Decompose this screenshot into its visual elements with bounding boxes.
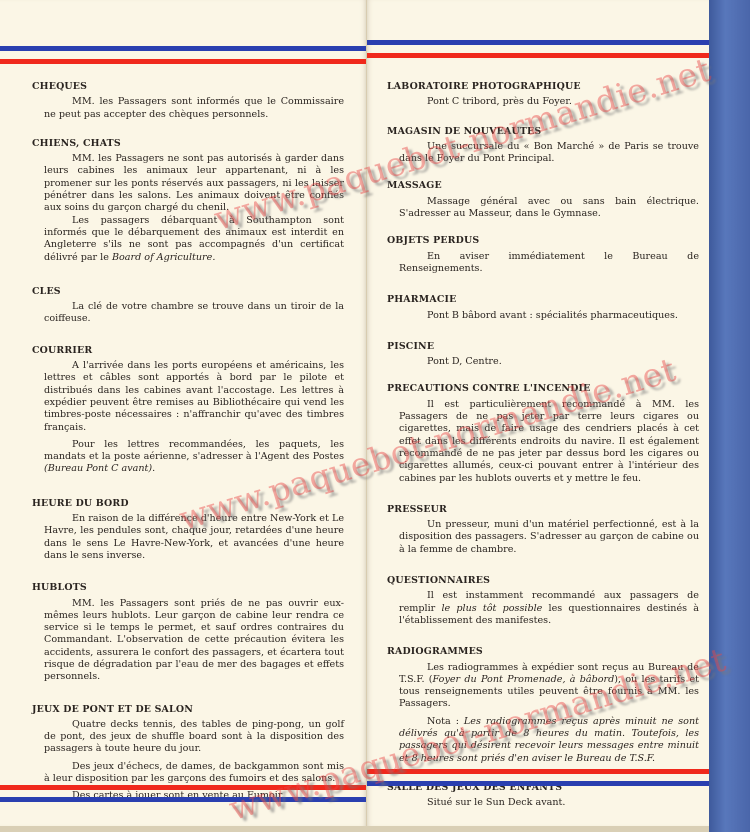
section-precautions-incendie: PRECAUTIONS CONTRE L'INCENDIE Il est par… <box>387 383 699 484</box>
text-run: Pour les lettres recommandées, les paque… <box>44 439 344 462</box>
section-title: PHARMACIE <box>387 294 699 306</box>
section-text: Un presseur, muni d'un matériel perfecti… <box>399 519 699 556</box>
section-text: MM. les Passagers sont priés de ne pas o… <box>44 598 344 684</box>
bottom-red-stripe <box>367 769 709 774</box>
section-magasin: MAGASIN DE NOUVEAUTES Une succursale du … <box>387 126 699 166</box>
cover-edge <box>709 0 750 832</box>
section-presseur: PRESSEUR Un presseur, muni d'un matériel… <box>387 504 699 556</box>
section-title: CHIENS, CHATS <box>32 138 344 150</box>
section-hublots: HUBLOTS MM. les Passagers sont priés de … <box>32 582 344 683</box>
section-title: MAGASIN DE NOUVEAUTES <box>387 126 699 138</box>
section-note: Nota : Les radiogrammes reçus après minu… <box>399 716 699 765</box>
bottom-blue-stripe <box>0 797 366 802</box>
section-heure-du-bord: HEURE DU BORD En raison de la différence… <box>32 498 344 562</box>
section-title: HEURE DU BORD <box>32 498 344 510</box>
section-text: Les passagers débarquant à Southampton s… <box>44 215 344 264</box>
italic-run: le plus tôt possible <box>441 603 542 614</box>
section-questionnaires: QUESTIONNAIRES Il est instamment recomma… <box>387 575 699 627</box>
section-title: HUBLOTS <box>32 582 344 594</box>
italic-run: Board of Agriculture. <box>112 252 215 263</box>
section-laboratoire: LABORATOIRE PHOTOGRAPHIQUE Pont C tribor… <box>387 81 699 109</box>
section-title: RADIOGRAMMES <box>387 646 699 658</box>
top-red-stripe <box>0 59 366 64</box>
section-text: Pont D, Centre. <box>399 356 699 368</box>
section-title: PRESSEUR <box>387 504 699 516</box>
section-text: En aviser immédiatement le Bureau de Ren… <box>399 251 699 276</box>
section-piscine: PISCINE Pont D, Centre. <box>387 341 699 369</box>
section-title: OBJETS PERDUS <box>387 235 699 247</box>
italic-run: (Bureau Pont C avant). <box>44 463 155 474</box>
section-text: Situé sur le Sun Deck avant. <box>399 797 699 809</box>
section-title: QUESTIONNAIRES <box>387 575 699 587</box>
right-column: LABORATOIRE PHOTOGRAPHIQUE Pont C tribor… <box>387 81 699 826</box>
section-massage: MASSAGE Massage général avec ou sans bai… <box>387 180 699 220</box>
section-text: A l'arrivée dans les ports européens et … <box>44 360 344 434</box>
section-text: Quatre decks tennis, des tables de ping-… <box>44 719 344 756</box>
section-text: Pont C tribord, près du Foyer. <box>399 96 699 108</box>
section-objets-perdus: OBJETS PERDUS En aviser immédiatement le… <box>387 235 699 275</box>
section-title: CHEQUES <box>32 81 344 93</box>
section-text: Pour les lettres recommandées, les paque… <box>44 439 344 476</box>
italic-run: Foyer du Pont Promenade, à bâbord <box>433 674 615 685</box>
section-text: MM. les Passagers ne sont pas autorisés … <box>44 153 344 214</box>
section-title: PISCINE <box>387 341 699 353</box>
bottom-red-stripe <box>0 785 366 790</box>
bottom-blue-stripe <box>367 781 709 786</box>
section-title: JEUX DE PONT ET DE SALON <box>32 704 344 716</box>
section-title: MASSAGE <box>387 180 699 192</box>
top-blue-stripe <box>0 46 366 51</box>
section-title: PRECAUTIONS CONTRE L'INCENDIE <box>387 383 699 395</box>
section-text: Massage général avec ou sans bain électr… <box>399 196 699 221</box>
section-title: CLES <box>32 286 344 298</box>
top-blue-stripe <box>367 40 709 45</box>
section-pharmacie: PHARMACIE Pont B bâbord avant : spéciali… <box>387 294 699 322</box>
section-text: Pont B bâbord avant : spécialités pharma… <box>399 310 699 322</box>
section-salle-des-jeux: SALLE DES JEUX DES ENFANTS Situé sur le … <box>387 782 699 810</box>
section-text: Une succursale du « Bon Marché » de Pari… <box>399 141 699 166</box>
section-chiens-chats: CHIENS, CHATS MM. les Passagers ne sont … <box>32 138 344 264</box>
left-page: CHEQUES MM. les Passagers sont informés … <box>0 0 367 826</box>
section-text: MM. les Passagers sont informés que le C… <box>44 96 344 121</box>
section-cheques: CHEQUES MM. les Passagers sont informés … <box>32 81 344 121</box>
section-courrier: COURRIER A l'arrivée dans les ports euro… <box>32 345 344 476</box>
section-text: La clé de votre chambre se trouve dans u… <box>44 301 344 326</box>
top-red-stripe <box>367 53 709 58</box>
section-text: En raison de la différence d'heure entre… <box>44 513 344 562</box>
section-cles: CLES La clé de votre chambre se trouve d… <box>32 286 344 326</box>
section-title: COURRIER <box>32 345 344 357</box>
section-text: Des jeux d'échecs, de dames, de backgamm… <box>44 761 344 786</box>
right-page: LABORATOIRE PHOTOGRAPHIQUE Pont C tribor… <box>367 0 709 826</box>
left-column: CHEQUES MM. les Passagers sont informés … <box>32 81 344 822</box>
section-text: Les radiogrammes à expédier sont reçus a… <box>399 662 699 711</box>
section-text: Il est particulièrement recommandé à MM.… <box>399 399 699 485</box>
section-radiogrammes: RADIOGRAMMES Les radiogrammes à expédier… <box>387 646 699 765</box>
section-text: Il est instamment recommandé aux passage… <box>399 590 699 627</box>
section-title: LABORATOIRE PHOTOGRAPHIQUE <box>387 81 699 93</box>
note-label: Nota : <box>427 716 464 727</box>
